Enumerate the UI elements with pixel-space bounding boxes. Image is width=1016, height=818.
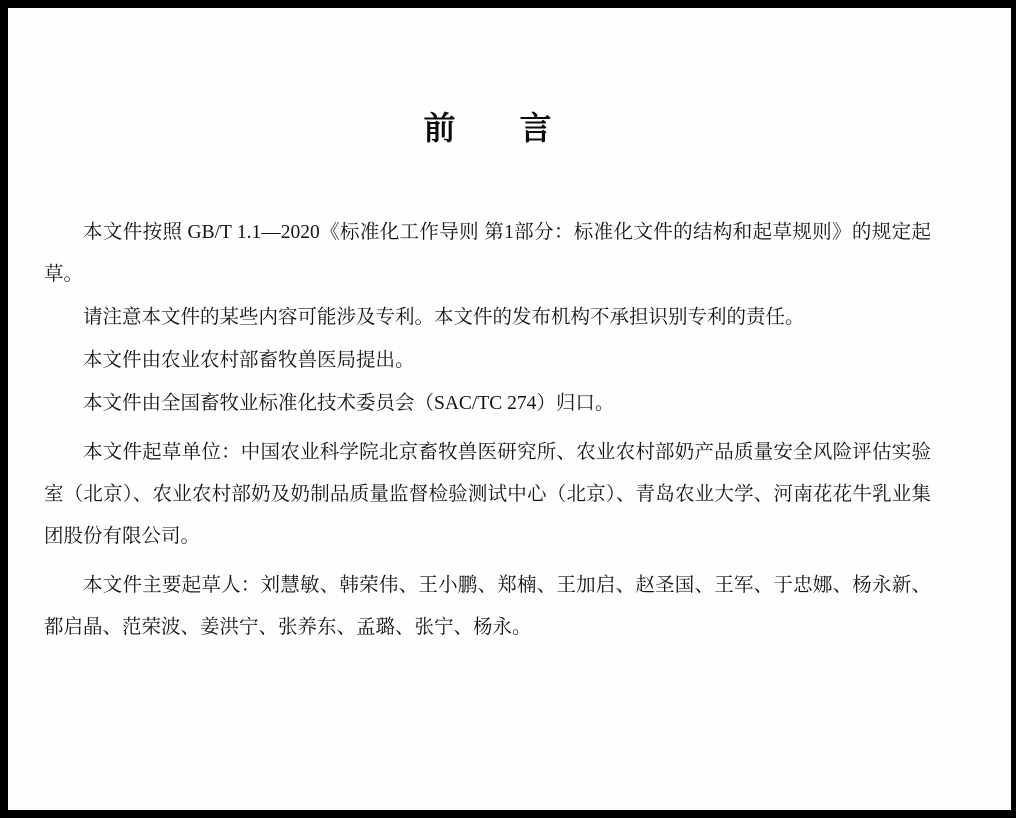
- page-title: 前 言: [44, 108, 931, 148]
- paragraph-proposed-by: 本文件由农业农村部畜牧兽医局提出。: [44, 340, 931, 382]
- paragraph-patent-notice: 请注意本文件的某些内容可能涉及专利。本文件的发布机构不承担识别专利的责任。: [44, 297, 931, 339]
- paragraph-main-drafters: 本文件主要起草人：刘慧敏、韩荣伟、王小鹏、郑楠、王加启、赵圣国、王军、于忠娜、杨…: [44, 565, 931, 649]
- paragraph-under-jurisdiction: 本文件由全国畜牧业标准化技术委员会（SAC/TC 274）归口。: [44, 383, 931, 425]
- document-content: 前 言 本文件按照 GB/T 1.1—2020《标准化工作导则 第1部分：标准化…: [8, 108, 1011, 649]
- paragraph-basis: 本文件按照 GB/T 1.1—2020《标准化工作导则 第1部分：标准化文件的结…: [44, 212, 931, 296]
- paragraph-drafting-organizations: 本文件起草单位：中国农业科学院北京畜牧兽医研究所、农业农村部奶产品质量安全风险评…: [44, 432, 931, 558]
- document-page: 前 言 本文件按照 GB/T 1.1—2020《标准化工作导则 第1部分：标准化…: [0, 0, 1016, 818]
